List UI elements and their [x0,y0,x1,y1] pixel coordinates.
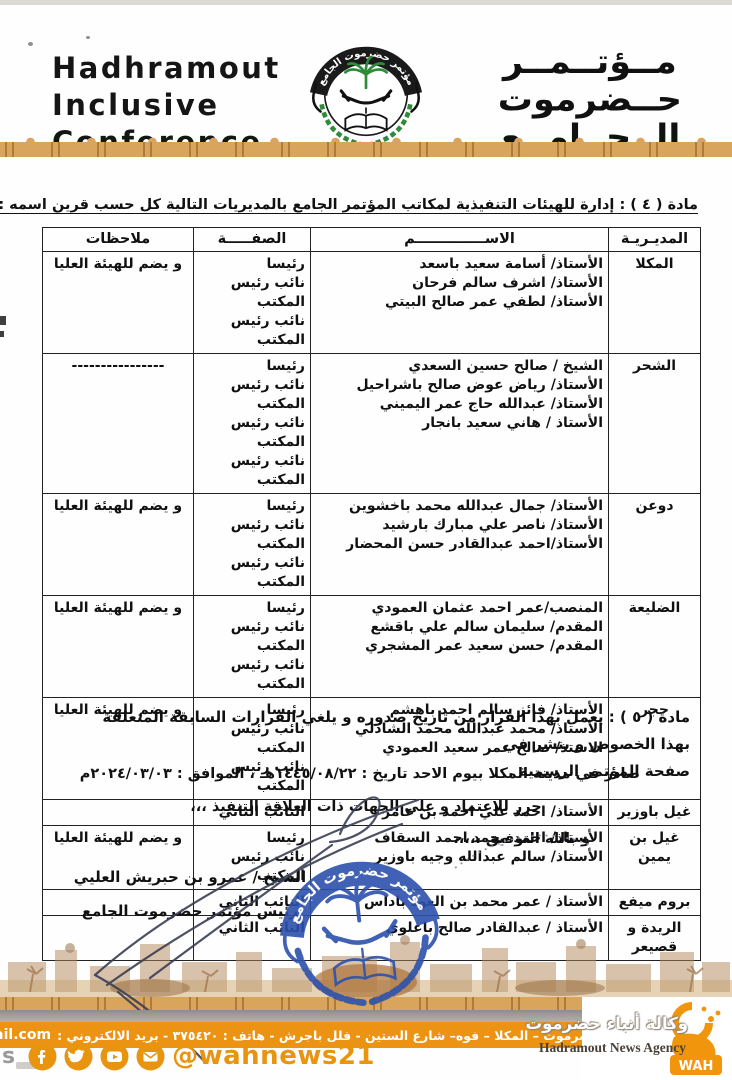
member-role: رئيسا [199,255,305,274]
member-name: الأستاذ/ عبدالله حاج عمر اليميني [316,395,603,414]
member-role: نائب رئيس المكتب [199,452,305,490]
news-agency-block: WAH [582,997,732,1080]
scan-edge-strip [0,0,732,5]
member-role: نائب رئيس المكتب [199,274,305,312]
member-role: رئيسا [199,357,305,376]
notes-cell: و يضم للهيئة العليا [43,494,194,596]
member-name: المنصب/عمر احمد عثمان العمودي [316,599,603,618]
member-name: المقدم/ سليمان سالم علي باقشع [316,618,603,637]
col-header-title: الصفـــــة [194,228,311,252]
names-cell: الأستاذ/ أسامة سعيد باسعدالأستاذ/ اشرف س… [311,252,609,354]
table-row: الشحرالشيخ / صالح حسين السعديالأستاذ/ ري… [43,354,701,494]
names-cell: الشيخ / صالح حسين السعديالأستاذ/ رياض عو… [311,354,609,494]
member-name: الأستاذ/احمد عبدالقادر حسن المحضار [316,535,603,554]
roles-cell: رئيسانائب رئيس المكتبنائب رئيس المكتب [194,596,311,698]
member-role: نائب رئيس المكتب [199,516,305,554]
notes-cell: ---------------- [43,354,194,494]
table-row: المكلاالأستاذ/ أسامة سعيد باسعدالأستاذ/ … [43,252,701,354]
table-header-row: المديـريـة الاســــــــــــــم الصفـــــ… [43,228,701,252]
directorate-cell: المكلا [609,252,701,354]
twitter-icon [64,1042,93,1071]
member-role: رئيسا [199,497,305,516]
youtube-icon [100,1042,129,1071]
member-role: نائب رئيس المكتب [199,554,305,592]
roles-cell: رئيسانائب رئيس المكتبنائب رئيس المكتبنائ… [194,354,311,494]
email-icon [136,1042,165,1071]
directorate-cell: الشحر [609,354,701,494]
scan-dot [86,36,90,39]
table-row: دوعنالأستاذ/ جمال عبدالله محمد باخشوينال… [43,494,701,596]
wah-ibex-logo-icon: WAH [644,997,730,1080]
stamp-icon: مؤتمر حضرموت الجامع [255,824,466,1031]
stray-letter: s [2,1044,15,1069]
directorate-cell: غيل بن يمين [609,826,701,890]
svg-text:WAH: WAH [679,1059,714,1074]
member-name: الأستاذ / هاني سعيد بانجار [316,414,603,433]
directorate-cell: الضليعة [609,596,701,698]
directorate-cell: دوعن [609,494,701,596]
member-name: المقدم/ حسن سعيد عمر المشجري [316,637,603,656]
roles-cell: رئيسانائب رئيس المكتبنائب رئيس المكتب [194,252,311,354]
member-role: نائب رئيس المكتب [199,656,305,694]
notes-cell: و يضم للهيئة العليا [43,252,194,354]
notes-cell: و يضم للهيئة العليا [43,596,194,698]
dome-motif-row [0,134,732,142]
issuance-date-line: صادر في مدينة المكلا بيوم الاحد تاريخ : … [80,766,640,782]
col-header-directorate: المديـريـة [609,228,701,252]
approval-line: حرر للاعتماد و على الجهات ذات العلاقة ال… [0,799,732,815]
member-role: نائب رئيس المكتب [199,312,305,350]
agency-name-arabic: وكالة أنباء حضرموت [525,1014,688,1033]
scan-edge-mark [0,316,6,325]
member-name: الأستاذ/ جمال عبدالله محمد باخشوين [316,497,603,516]
member-name: الأستاذ/ اشرف سالم فرحان [316,274,603,293]
table-row: الضليعةالمنصب/عمر احمد عثمان العموديالمق… [43,596,701,698]
english-title-line: Hadhramout [52,50,281,87]
arabic-title-line: مــؤتــمــر [498,44,682,81]
member-name: الأستاذ/ لطفي عمر صالح البيتي [316,293,603,312]
col-header-name: الاســــــــــــــم [311,228,609,252]
blessing-line: و بالله التوفيق ،،،،، [453,831,590,847]
agency-name-english: Hadramout News Agency [539,1040,686,1056]
article-4-heading: مادة ( ٤ ) : إدارة للهيئات التنفيذية لمك… [0,197,698,213]
roles-cell: رئيسانائب رئيس المكتبنائب رئيس المكتب [194,494,311,596]
decorative-border-band [0,142,732,157]
scan-dot [28,42,33,46]
member-role: رئيسا [199,599,305,618]
names-cell: الأستاذ/ جمال عبدالله محمد باخشوينالأستا… [311,494,609,596]
scanned-decree-document: Hadhramout Inclusive Conference مؤتمر حض… [0,0,732,1080]
names-cell: المنصب/عمر احمد عثمان العموديالمقدم/ سلي… [311,596,609,698]
social-handle: @wahnews21 [172,1041,375,1071]
social-media-row: s @wahnews21 [2,1036,379,1076]
member-role: نائب رئيس المكتب [199,618,305,656]
member-role: نائب رئيس المكتب [199,376,305,414]
arabic-title-line: حــضرموت [498,82,682,119]
directorate-cell: بروم ميفع [609,890,701,916]
scan-edge-mark [0,331,4,337]
member-name: الأستاذ/ أسامة سعيد باسعد [316,255,603,274]
member-role: نائب رئيس المكتب [199,414,305,452]
col-header-notes: ملاحظات [43,228,194,252]
hatch-pattern [0,142,732,157]
official-round-stamp: مؤتمر حضرموت الجامع [255,824,466,1031]
member-name: الأستاذ/ رياض عوض صالح باشراحيل [316,376,603,395]
member-name: الأستاذ/ ناصر علي مبارك بارشيد [316,516,603,535]
member-name: الشيخ / صالح حسين السعدي [316,357,603,376]
english-title-line: Inclusive [52,87,281,124]
facebook-icon [28,1042,57,1071]
